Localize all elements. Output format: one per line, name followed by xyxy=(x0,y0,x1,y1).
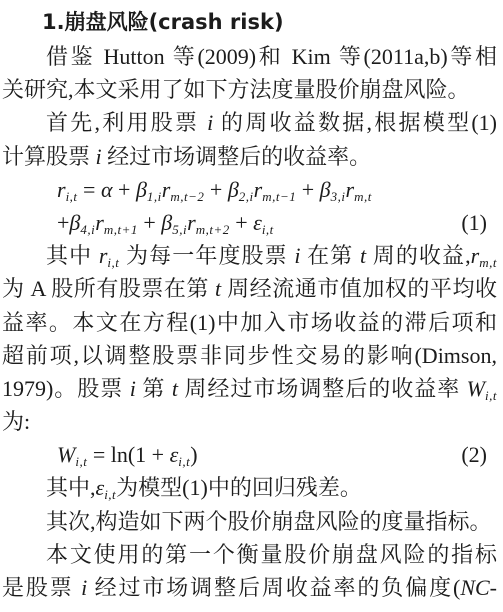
text-run: NC- xyxy=(460,575,497,600)
text-run: β xyxy=(161,210,172,235)
text-run: α xyxy=(101,177,113,202)
para4-line1: 其中,εi,t为模型(1)中的回归残差。 xyxy=(2,471,497,504)
text-run: W xyxy=(467,376,485,401)
text-run: 其中, xyxy=(46,475,96,500)
text-run: i,t xyxy=(107,255,119,270)
text-run: 1979)。股票 xyxy=(2,376,130,401)
para3-line2: 为 A 股所有股票在第 t 周经流通市值加权的平均收 xyxy=(2,272,497,305)
para6-line1: 本文使用的第一个衡量股价崩盘风险的指标 xyxy=(2,538,497,571)
document-page: 1.崩盘风险(crash risk) 借鉴 Hutton 等(2009)和 Ki… xyxy=(0,0,503,612)
text-run: m,t−1 xyxy=(262,189,296,204)
text-run: + xyxy=(113,177,136,202)
para6-line2: 是股票 i 经过市场调整后周收益率的负偏度(NC- xyxy=(2,571,497,604)
text-run: m,t+1 xyxy=(104,222,138,237)
text-run: i,t xyxy=(178,454,190,469)
text-run: 5,i xyxy=(172,222,187,237)
text-run: m,t+2 xyxy=(196,222,230,237)
text-run: 为 A 股所有股票在第 xyxy=(2,276,215,301)
para2-line2: 计算股票 i 经过市场调整后的收益率。 xyxy=(2,140,497,173)
text-run: β xyxy=(228,177,239,202)
text-run: 4,i xyxy=(80,222,95,237)
para3-line5: 1979)。股票 i 第 t 周经过市场调整后的收益率 Wi,t xyxy=(2,372,497,405)
text-run: i,t xyxy=(104,487,116,502)
equation1-line2: +β4,irm,t+1 + β5,irm,t+2 + εi,t(1) xyxy=(2,206,497,239)
text-run: 首先,利用股票 xyxy=(46,110,207,135)
text-run: β xyxy=(320,177,331,202)
text-run: ) xyxy=(190,442,197,467)
para2-line1: 首先,利用股票 i 的周收益数据,根据模型(1) xyxy=(2,106,497,139)
text-run: 关研究,本文采用了如下方法度量股价崩盘风险。 xyxy=(2,77,470,102)
text-run: r xyxy=(254,177,263,202)
equation-number: (2) xyxy=(461,438,487,471)
section-heading: 1.崩盘风险(crash risk) xyxy=(2,7,497,37)
text-run: r xyxy=(95,210,104,235)
text-run: 是股票 xyxy=(2,575,81,600)
document-body: 借鉴 Hutton 等(2009)和 Kim 等(2011a,b)等相关研究,本… xyxy=(2,40,497,604)
text-run: 经过市场调整后周收益率的负偏度( xyxy=(87,575,460,600)
para3-line4: 超前项,以调整股票非同步性交易的影响(Dimson, xyxy=(2,339,497,372)
text-run: 3,i xyxy=(331,189,346,204)
text-run: i,t xyxy=(75,454,87,469)
text-run: 计算股票 xyxy=(2,144,96,169)
text-run: 其次,构造如下两个股价崩盘风险的度量指标。 xyxy=(46,509,492,534)
text-run: 周经流通市值加权的平均收 xyxy=(221,276,497,301)
para3-line6: 为: xyxy=(2,405,497,438)
text-run: 在第 xyxy=(301,243,360,268)
para5-line1: 其次,构造如下两个股价崩盘风险的度量指标。 xyxy=(2,505,497,538)
text-run: + xyxy=(204,177,227,202)
para1-line2: 关研究,本文采用了如下方法度量股价崩盘风险。 xyxy=(2,73,497,106)
text-run: 借鉴 Hutton 等(2009)和 Kim 等(2011a,b)等相 xyxy=(46,44,497,69)
text-run: r xyxy=(57,177,66,202)
text-run: 其中 xyxy=(46,243,99,268)
text-run: ε xyxy=(96,475,105,500)
text-run: ε xyxy=(253,210,262,235)
para1-line1: 借鉴 Hutton 等(2009)和 Kim 等(2011a,b)等相 xyxy=(2,40,497,73)
text-run: 本文使用的第一个衡量股价崩盘风险的指标 xyxy=(46,542,497,567)
text-run: r xyxy=(346,177,355,202)
text-run: i,t xyxy=(262,222,274,237)
text-run: 1,i xyxy=(147,189,162,204)
para3-line3: 益率。本文在方程(1)中加入市场收益的滞后项和 xyxy=(2,306,497,339)
text-run: 2,i xyxy=(239,189,254,204)
equation-number: (1) xyxy=(461,206,487,239)
text-run: β xyxy=(69,210,80,235)
text-run: W xyxy=(57,442,75,467)
text-run: r xyxy=(187,210,196,235)
text-run: r xyxy=(471,243,480,268)
text-run: 为: xyxy=(2,409,30,434)
text-run: + xyxy=(138,210,161,235)
para3-line1: 其中 ri,t 为每一年度股票 i 在第 t 周的收益,rm,t xyxy=(2,239,497,272)
text-run: ε xyxy=(170,442,179,467)
text-run: 的周收益数据,根据模型(1) xyxy=(213,110,497,135)
text-run: 为模型(1)中的回归残差。 xyxy=(116,475,362,500)
text-run: 第 xyxy=(136,376,172,401)
text-run: 超前项,以调整股票非同步性交易的影响(Dimson, xyxy=(2,343,497,368)
text-run: m,t−2 xyxy=(170,189,204,204)
text-run: β xyxy=(136,177,147,202)
text-run: m,t xyxy=(354,189,372,204)
equation2: Wi,t = ln(1 + εi,t)(2) xyxy=(2,438,497,471)
text-run: 为每一年度股票 xyxy=(119,243,294,268)
text-run: 益率。本文在方程(1)中加入市场收益的滞后项和 xyxy=(2,310,497,335)
text-run: i,t xyxy=(485,388,497,403)
text-run: 周经过市场调整后的收益率 xyxy=(178,376,467,401)
text-run: i,t xyxy=(66,189,78,204)
text-run: + xyxy=(57,210,69,235)
text-run: + xyxy=(230,210,253,235)
text-run: = xyxy=(78,177,101,202)
text-run: m,t xyxy=(479,255,497,270)
equation1-line1: ri,t = α + β1,irm,t−2 + β2,irm,t−1 + β3,… xyxy=(2,173,497,206)
text-run: 周的收益, xyxy=(366,243,471,268)
text-run: 经过市场调整后的收益率。 xyxy=(102,144,372,169)
text-run: + xyxy=(296,177,319,202)
text-run: = ln(1 + xyxy=(87,442,169,467)
